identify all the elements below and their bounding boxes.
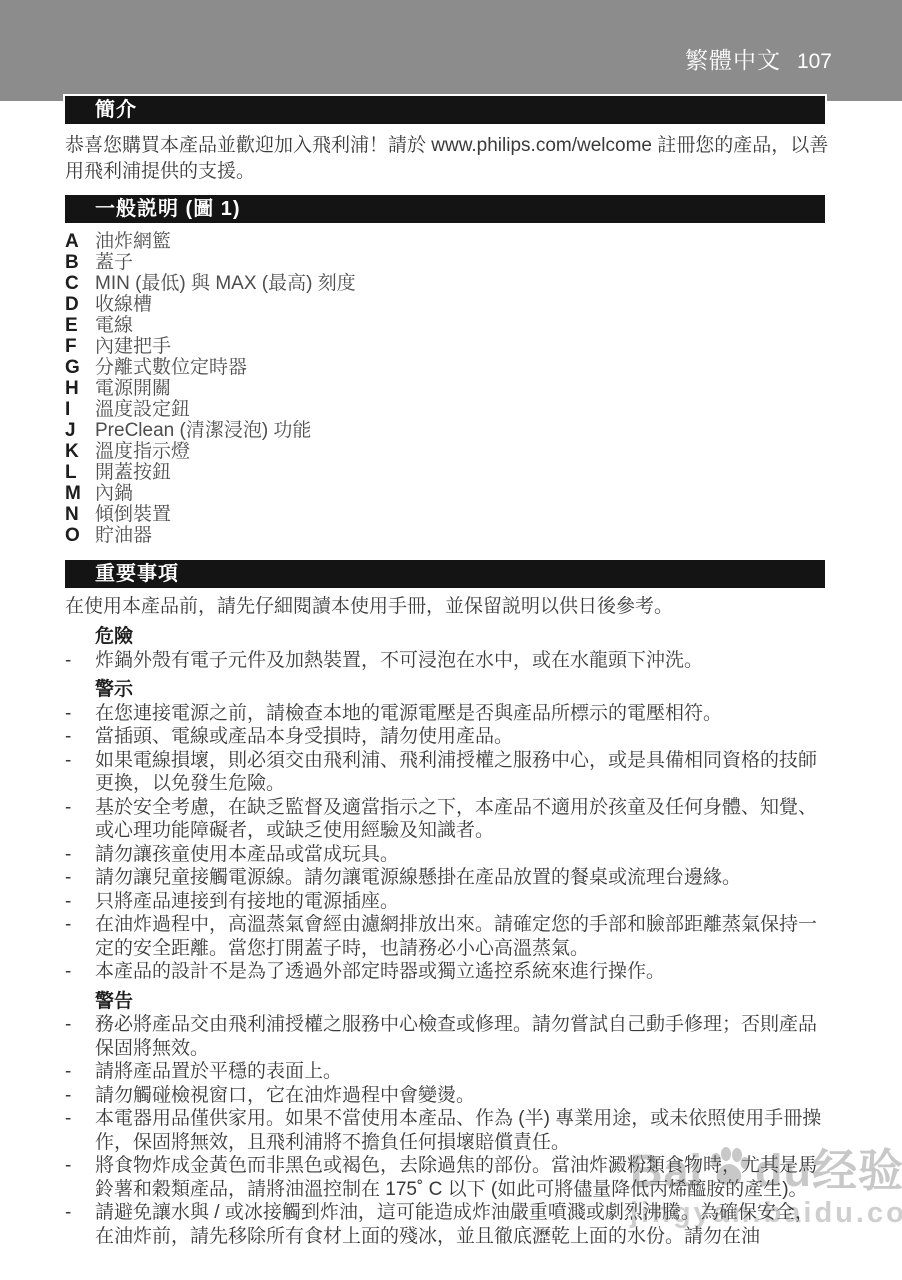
page-header: 繁體中文107 [685,42,832,75]
bullet-dash: - [65,749,95,796]
part-list-item: M內鍋 [65,483,830,504]
bullet-dash: - [65,960,95,984]
danger-heading: 危險 [95,625,830,649]
section-banner-important: 重要事項 [65,560,825,588]
part-key: E [65,315,95,336]
part-label: PreClean (清潔浸泡) 功能 [95,420,311,441]
bullet-item: -在您連接電源之前，請檢查本地的電源電壓是否與產品所標示的電壓相符。 [65,702,830,726]
bullet-dash: - [65,890,95,914]
bullet-dash: - [65,866,95,890]
caution-heading: 警告 [95,990,830,1014]
bullet-dash: - [65,1084,95,1108]
bullet-item: -只將產品連接到有接地的電源插座。 [65,890,830,914]
watermark-url: jingyan.baidu.com [630,1199,902,1228]
important-lead-paragraph: 在使用本產品前，請先仔細閱讀本使用手冊，並保留説明以供日後參考。 [65,595,830,619]
part-list-item: F內建把手 [65,336,830,357]
baidu-paw-icon [707,1146,751,1195]
page-number: 107 [797,50,832,73]
bullet-dash: - [65,1201,95,1248]
part-label: MIN (最低) 與 MAX (最高) 刻度 [95,273,356,294]
part-key: D [65,294,95,315]
bullet-dash: - [65,843,95,867]
warning-heading: 警示 [95,678,830,702]
bullet-dash: - [65,913,95,960]
watermark-suffix: 经验 [812,1148,902,1193]
part-list-item: E電線 [65,315,830,336]
part-key: C [65,273,95,294]
language-label: 繁體中文 [685,47,781,73]
bullet-item: -請勿讓兒童接觸電源線。請勿讓電源線懸掛在產品放置的餐桌或流理台邊緣。 [65,866,830,890]
part-list-item: B蓋子 [65,252,830,273]
bullet-item: -請勿讓孩童使用本產品或當成玩具。 [65,843,830,867]
manual-page: 繁體中文107 簡介 恭喜您購買本產品並歡迎加入飛利浦！請於 www.phili… [0,0,902,1280]
part-label: 貯油器 [95,525,152,546]
bullet-dash: - [65,1154,95,1201]
part-key: A [65,231,95,252]
part-list-item: A油炸網籃 [65,231,830,252]
part-list-item: H電源開關 [65,378,830,399]
bullet-item: -基於安全考慮，在缺乏監督及適當指示之下，本產品不適用於孩童及任何身體、知覺、或… [65,796,830,843]
part-label: 開蓋按鈕 [95,462,171,483]
bullet-dash: - [65,1107,95,1154]
bullet-item: -炸鍋外殼有電子元件及加熱裝置，不可浸泡在水中，或在水龍頭下沖洗。 [65,649,830,673]
page-content: 簡介 恭喜您購買本產品並歡迎加入飛利浦！請於 www.philips.com/w… [65,96,830,1248]
part-label: 內建把手 [95,336,171,357]
part-list-item: N傾倒裝置 [65,504,830,525]
part-label: 傾倒裝置 [95,504,171,525]
part-key: L [65,462,95,483]
intro-paragraph: 恭喜您購買本產品並歡迎加入飛利浦！請於 www.philips.com/welc… [65,133,830,185]
part-list-item: O貯油器 [65,525,830,546]
part-label: 收線槽 [95,294,152,315]
bullet-dash: - [65,725,95,749]
watermark-brand-left: Bai [630,1148,703,1193]
part-key: J [65,420,95,441]
part-label: 溫度指示燈 [95,441,190,462]
part-label: 內鍋 [95,483,133,504]
part-label: 油炸網籃 [95,231,171,252]
part-key: G [65,357,95,378]
bullet-item: -當插頭、電線或產品本身受損時，請勿使用產品。 [65,725,830,749]
baidu-jingyan-watermark: Bai du 经验 jingyan.baidu.com [630,1146,902,1228]
part-key: H [65,378,95,399]
bullet-dash: - [65,702,95,726]
part-key: K [65,441,95,462]
bullet-item: -本產品的設計不是為了透過外部定時器或獨立遙控系統來進行操作。 [65,960,830,984]
part-key: I [65,399,95,420]
part-label: 分離式數位定時器 [95,357,247,378]
bullet-item: -務必將產品交由飛利浦授權之服務中心檢查或修理。請勿嘗試自己動手修理；否則產品保… [65,1013,830,1060]
bullet-dash: - [65,649,95,673]
part-key: B [65,252,95,273]
section-banner-intro: 簡介 [65,96,825,124]
bullet-dash: - [65,1013,95,1060]
part-key: M [65,483,95,504]
part-label: 電線 [95,315,133,336]
parts-list: A油炸網籃 B蓋子 CMIN (最低) 與 MAX (最高) 刻度 D收線槽 E… [65,231,830,546]
part-list-item: D收線槽 [65,294,830,315]
bullet-item: -請勿觸碰檢視窗口，它在油炸過程中會變燙。 [65,1084,830,1108]
bullet-item: -如果電線損壞，則必須交由飛利浦、飛利浦授權之服務中心，或是具備相同資格的技師更… [65,749,830,796]
part-label: 蓋子 [95,252,133,273]
part-list-item: I溫度設定鈕 [65,399,830,420]
bullet-dash: - [65,796,95,843]
part-list-item: L開蓋按鈕 [65,462,830,483]
page-top-band: 繁體中文107 [0,0,902,101]
section-banner-general-description: 一般説明 (圖 1) [65,195,825,223]
watermark-brand-right: du [755,1148,812,1193]
part-list-item: G分離式數位定時器 [65,357,830,378]
part-list-item: K溫度指示燈 [65,441,830,462]
part-list-item: JPreClean (清潔浸泡) 功能 [65,420,830,441]
bullet-dash: - [65,1060,95,1084]
part-label: 電源開關 [95,378,171,399]
bullet-item: -請將產品置於平穩的表面上。 [65,1060,830,1084]
part-label: 溫度設定鈕 [95,399,190,420]
part-key: F [65,336,95,357]
part-list-item: CMIN (最低) 與 MAX (最高) 刻度 [65,273,830,294]
watermark-brand-row: Bai du 经验 [630,1146,902,1195]
part-key: O [65,525,95,546]
bullet-item: -在油炸過程中，高溫蒸氣會經由濾網排放出來。請確定您的手部和臉部距離蒸氣保持一定… [65,913,830,960]
part-key: N [65,504,95,525]
